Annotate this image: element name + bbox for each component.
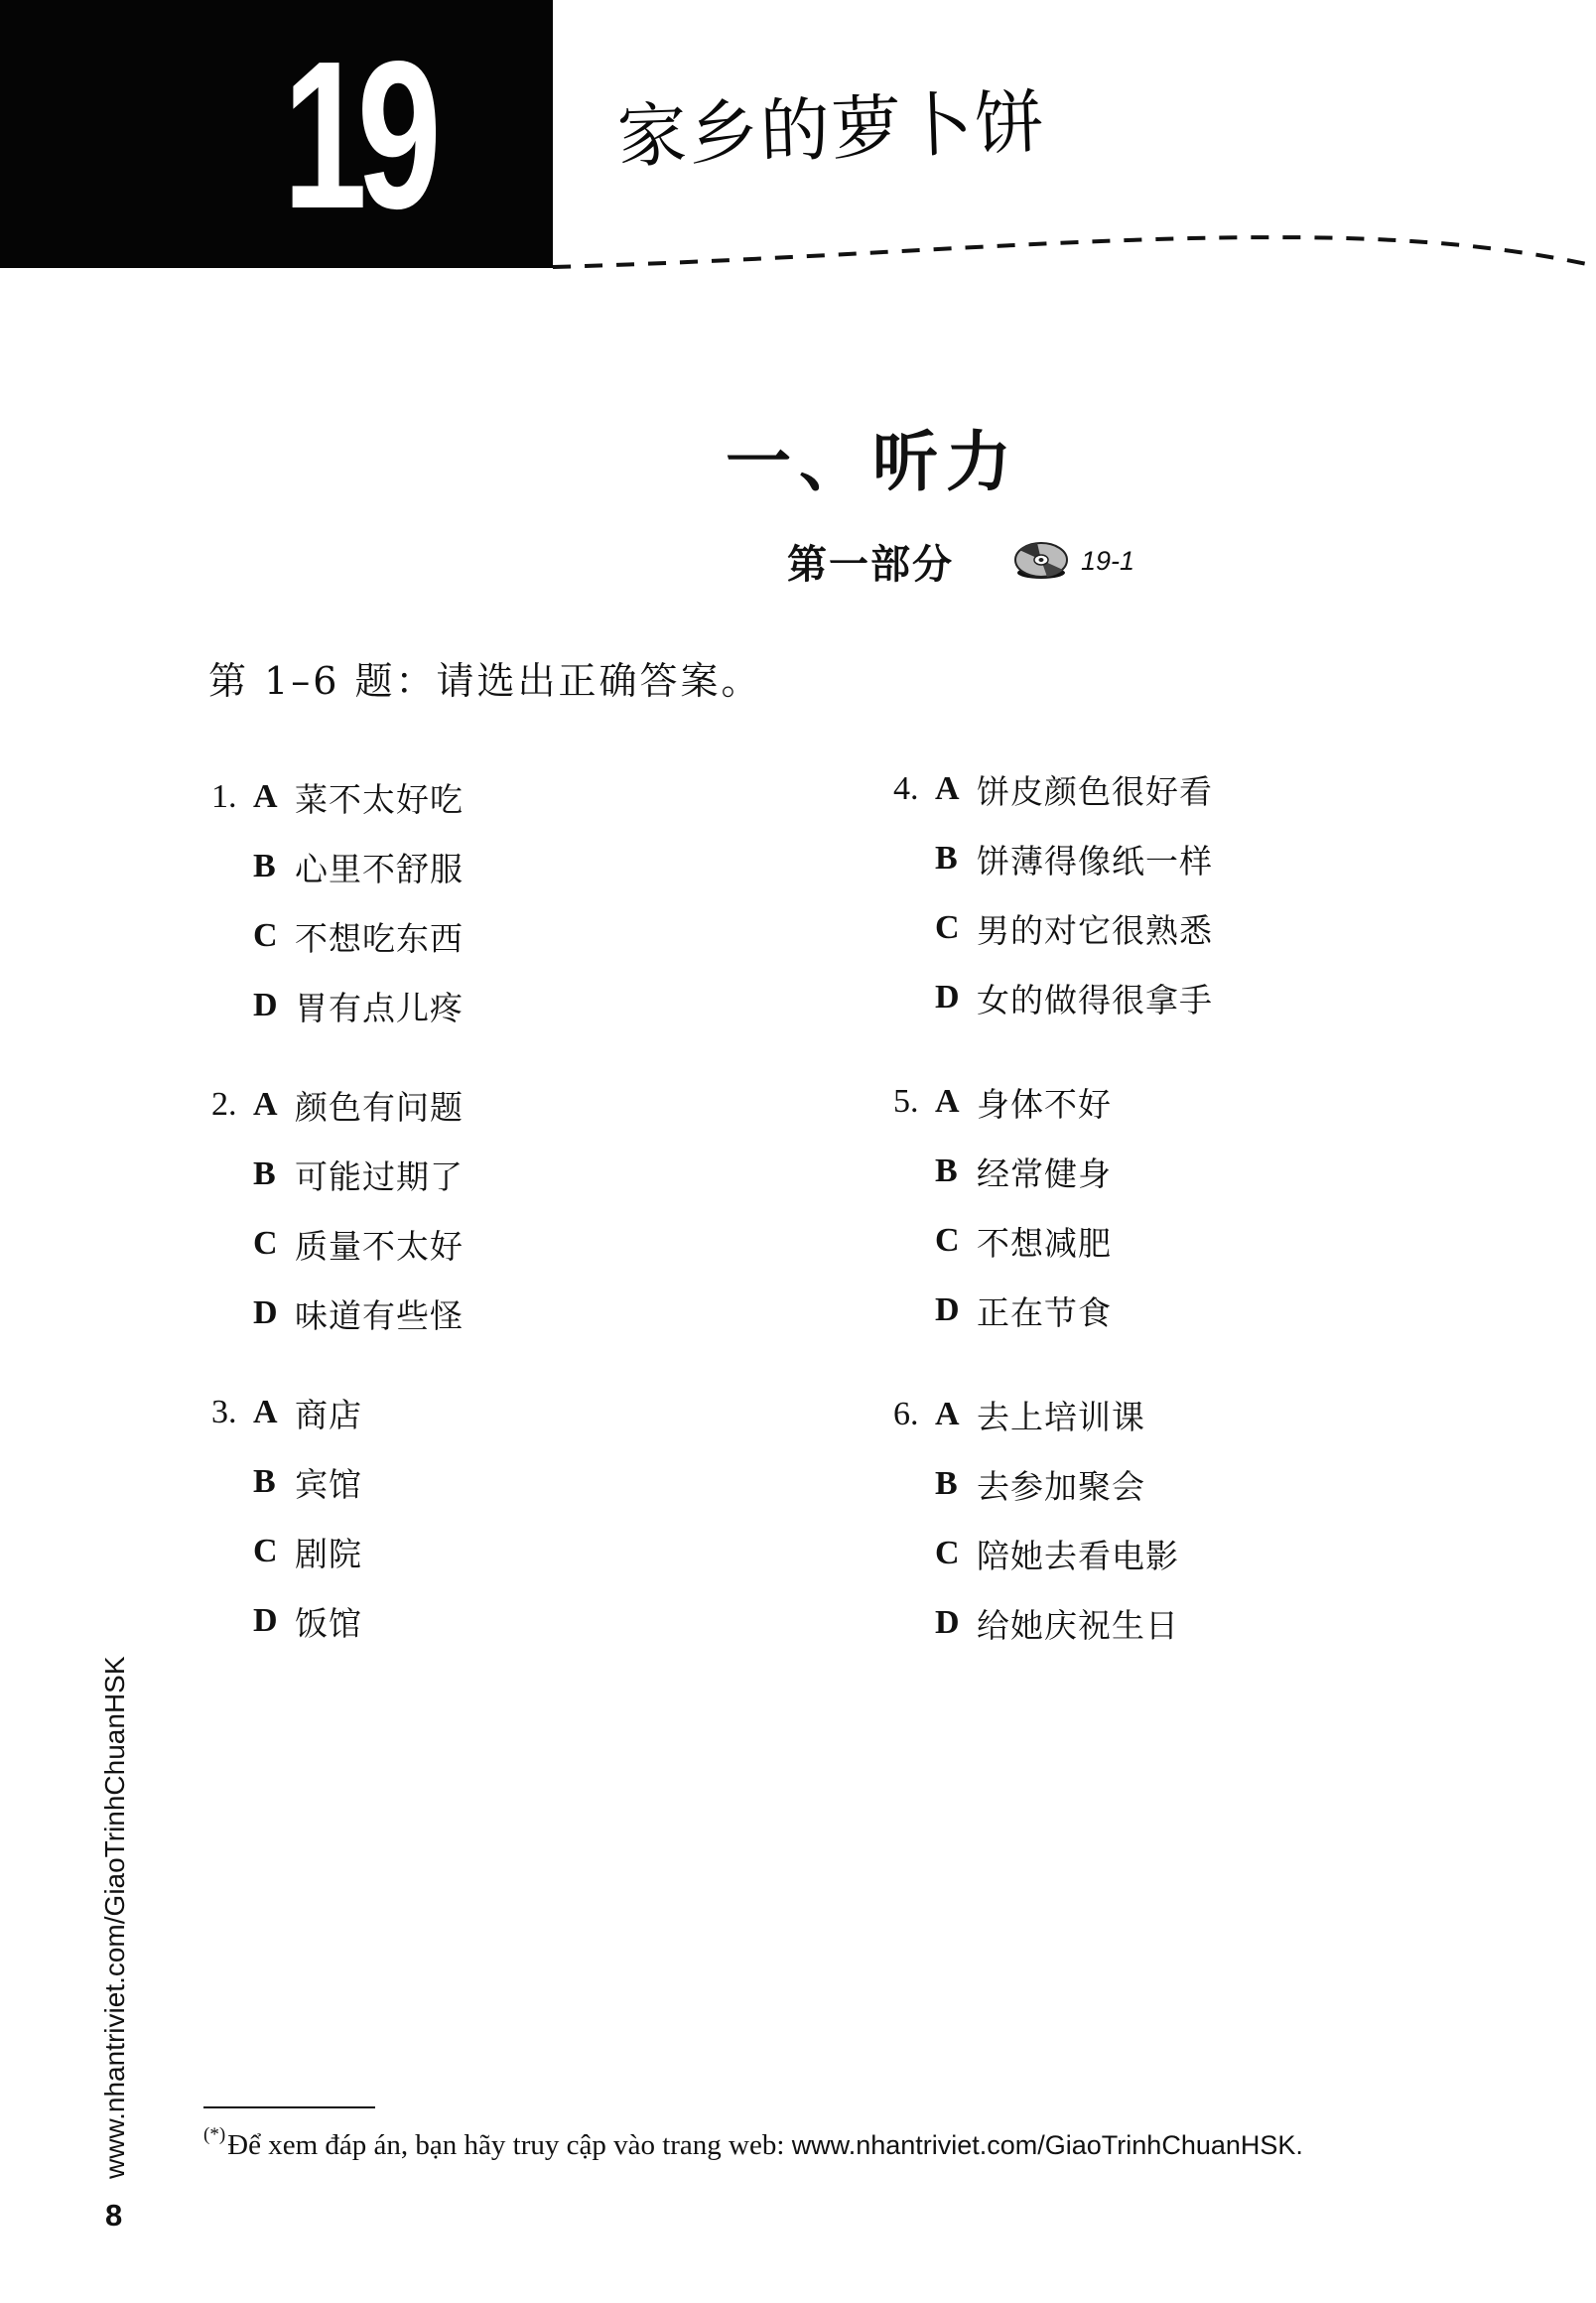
footnote: (*)Để xem đáp án, bạn hãy truy cập vào t… bbox=[203, 2124, 1303, 2162]
audio-track-label: 19-1 bbox=[1081, 546, 1134, 577]
option-letter: D bbox=[253, 1602, 278, 1640]
option-d[interactable]: D胃有点儿疼 bbox=[211, 981, 807, 1030]
option-d[interactable]: D饭馆 bbox=[211, 1596, 807, 1646]
option-a[interactable]: 4.A饼皮颜色很好看 bbox=[893, 764, 1489, 814]
footnote-marker: (*) bbox=[203, 2124, 225, 2145]
option-letter: B bbox=[253, 1155, 276, 1193]
footnote-text: Để xem đáp án, bạn hãy truy cập vào tran… bbox=[227, 2129, 792, 2161]
instruction: 第 1–6 题：请选出正确答案。 bbox=[208, 655, 762, 707]
option-text: 陪她去看电影 bbox=[977, 1531, 1179, 1577]
option-d[interactable]: D给她庆祝生日 bbox=[893, 1598, 1489, 1648]
option-a[interactable]: 3.A商店 bbox=[211, 1388, 807, 1437]
question-number: 2. bbox=[211, 1086, 237, 1124]
footnote-url[interactable]: www.nhantriviet.com/GiaoTrinhChuanHSK. bbox=[792, 2130, 1303, 2160]
option-text: 不想减肥 bbox=[977, 1218, 1112, 1265]
page-number: 8 bbox=[105, 2198, 122, 2234]
option-b[interactable]: B可能过期了 bbox=[211, 1150, 807, 1199]
option-text: 颜色有问题 bbox=[295, 1082, 464, 1129]
option-text: 饼薄得像纸一样 bbox=[977, 836, 1213, 882]
option-text: 质量不太好 bbox=[295, 1221, 464, 1268]
option-a[interactable]: 5.A身体不好 bbox=[893, 1077, 1489, 1127]
option-b[interactable]: B经常健身 bbox=[893, 1147, 1489, 1196]
option-text: 商店 bbox=[295, 1390, 362, 1436]
cd-icon[interactable] bbox=[1013, 540, 1071, 582]
option-letter: C bbox=[935, 1222, 960, 1260]
question-number: 1. bbox=[211, 778, 237, 816]
option-b[interactable]: B宾馆 bbox=[211, 1457, 807, 1507]
option-letter: A bbox=[253, 778, 278, 816]
option-letter: A bbox=[253, 1394, 278, 1431]
option-text: 胃有点儿疼 bbox=[295, 983, 464, 1029]
option-text: 宾馆 bbox=[295, 1459, 362, 1506]
option-a[interactable]: 2.A颜色有问题 bbox=[211, 1080, 807, 1130]
option-letter: A bbox=[935, 770, 960, 808]
option-c[interactable]: C不想吃东西 bbox=[211, 911, 807, 961]
option-d[interactable]: D正在节食 bbox=[893, 1286, 1489, 1335]
option-text: 剧院 bbox=[295, 1529, 362, 1575]
option-letter: C bbox=[253, 1225, 278, 1263]
option-letter: B bbox=[935, 840, 958, 878]
option-text: 男的对它很熟悉 bbox=[977, 905, 1213, 952]
option-letter: A bbox=[253, 1086, 278, 1124]
option-letter: D bbox=[253, 987, 278, 1024]
option-letter: C bbox=[253, 917, 278, 955]
option-letter: D bbox=[253, 1294, 278, 1332]
option-b[interactable]: B饼薄得像纸一样 bbox=[893, 834, 1489, 883]
option-text: 心里不舒服 bbox=[295, 844, 464, 890]
option-letter: B bbox=[935, 1465, 958, 1503]
option-c[interactable]: C男的对它很熟悉 bbox=[893, 903, 1489, 953]
option-text: 饼皮颜色很好看 bbox=[977, 766, 1213, 813]
part-title: 第一部分 bbox=[787, 533, 954, 590]
option-c[interactable]: C陪她去看电影 bbox=[893, 1529, 1489, 1578]
option-b[interactable]: B去参加聚会 bbox=[893, 1459, 1489, 1509]
option-c[interactable]: C剧院 bbox=[211, 1527, 807, 1576]
option-d[interactable]: D女的做得很拿手 bbox=[893, 973, 1489, 1022]
option-letter: D bbox=[935, 1604, 960, 1642]
option-text: 给她庆祝生日 bbox=[977, 1600, 1179, 1647]
question-number: 6. bbox=[893, 1396, 919, 1433]
option-text: 菜不太好吃 bbox=[295, 774, 464, 821]
option-letter: B bbox=[253, 848, 276, 885]
option-letter: C bbox=[253, 1533, 278, 1570]
option-text: 女的做得很拿手 bbox=[977, 975, 1213, 1021]
option-text: 经常健身 bbox=[977, 1149, 1112, 1195]
part-header: 第一部分 19-1 bbox=[787, 536, 1134, 586]
question-number: 3. bbox=[211, 1394, 237, 1431]
option-letter: A bbox=[935, 1083, 960, 1121]
option-letter: D bbox=[935, 1291, 960, 1329]
option-a[interactable]: 1.A菜不太好吃 bbox=[211, 772, 807, 822]
option-letter: D bbox=[935, 979, 960, 1016]
option-c[interactable]: C质量不太好 bbox=[211, 1219, 807, 1269]
option-text: 可能过期了 bbox=[295, 1151, 464, 1198]
option-letter: C bbox=[935, 1535, 960, 1572]
dashed-wave-divider bbox=[0, 199, 1596, 288]
option-text: 味道有些怪 bbox=[295, 1290, 464, 1337]
question-number: 5. bbox=[893, 1083, 919, 1121]
option-text: 身体不好 bbox=[977, 1079, 1112, 1126]
option-b[interactable]: B心里不舒服 bbox=[211, 842, 807, 891]
option-text: 去上培训课 bbox=[977, 1392, 1145, 1438]
option-text: 去参加聚会 bbox=[977, 1461, 1145, 1508]
option-a[interactable]: 6.A去上培训课 bbox=[893, 1390, 1489, 1439]
sidebar-url[interactable]: www.nhantriviet.com/GiaoTrinhChuanHSK bbox=[99, 1663, 131, 2179]
footnote-divider bbox=[203, 2106, 375, 2108]
option-letter: A bbox=[935, 1396, 960, 1433]
option-letter: B bbox=[253, 1463, 276, 1501]
question-number: 4. bbox=[893, 770, 919, 808]
section-title: 一、听力 bbox=[0, 422, 1596, 501]
option-text: 不想吃东西 bbox=[295, 913, 464, 960]
chapter-title: 家乡的萝卜饼 bbox=[616, 80, 1048, 179]
option-letter: C bbox=[935, 909, 960, 947]
option-text: 正在节食 bbox=[977, 1287, 1112, 1334]
option-c[interactable]: C不想减肥 bbox=[893, 1216, 1489, 1266]
option-text: 饭馆 bbox=[295, 1598, 362, 1645]
option-letter: B bbox=[935, 1152, 958, 1190]
option-d[interactable]: D味道有些怪 bbox=[211, 1288, 807, 1338]
